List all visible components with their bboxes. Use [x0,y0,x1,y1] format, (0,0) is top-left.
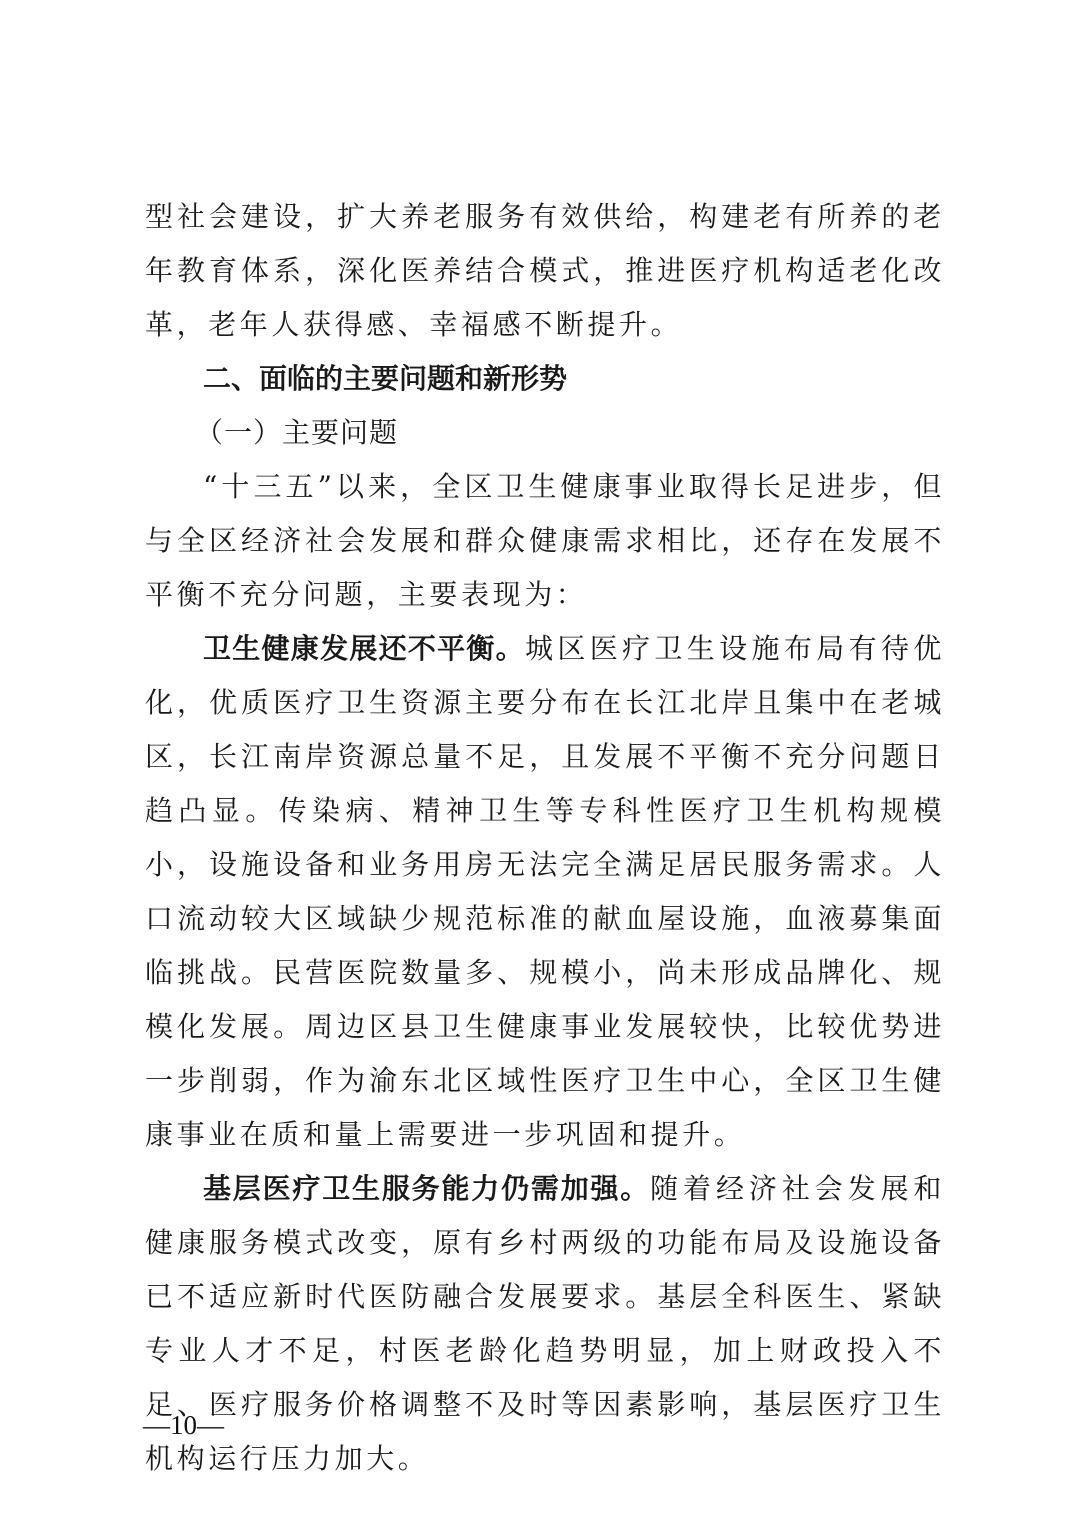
subsection-heading: （一）主要问题 [145,406,945,460]
section-heading: 二、面临的主要问题和新形势 [145,352,945,406]
paragraph-lead: 基层医疗卫生服务能力仍需加强。 [203,1172,650,1205]
paragraph-continuation: 型社会建设，扩大养老服务有效供给，构建老有所养的老年教育体系，深化医养结合模式，… [145,190,945,352]
paragraph-body: 城区医疗卫生设施布局有待优化，优质医疗卫生资源主要分布在长江北岸且集中在老城区，… [145,632,945,1151]
page-number: —10— [143,1410,224,1441]
paragraph-imbalance: 卫生健康发展还不平衡。城区医疗卫生设施布局有待优化，优质医疗卫生资源主要分布在长… [145,622,945,1162]
document-page: 型社会建设，扩大养老服务有效供给，构建老有所养的老年教育体系，深化医养结合模式，… [145,190,945,1486]
paragraph-primary-care: 基层医疗卫生服务能力仍需加强。随着经济社会发展和健康服务模式改变，原有乡村两级的… [145,1162,945,1486]
paragraph-intro: “十三五”以来，全区卫生健康事业取得长足进步，但与全区经济社会发展和群众健康需求… [145,460,945,622]
paragraph-body: 随着经济社会发展和健康服务模式改变，原有乡村两级的功能布局及设施设备已不适应新时… [145,1172,945,1475]
paragraph-lead: 卫生健康发展还不平衡。 [203,632,525,665]
